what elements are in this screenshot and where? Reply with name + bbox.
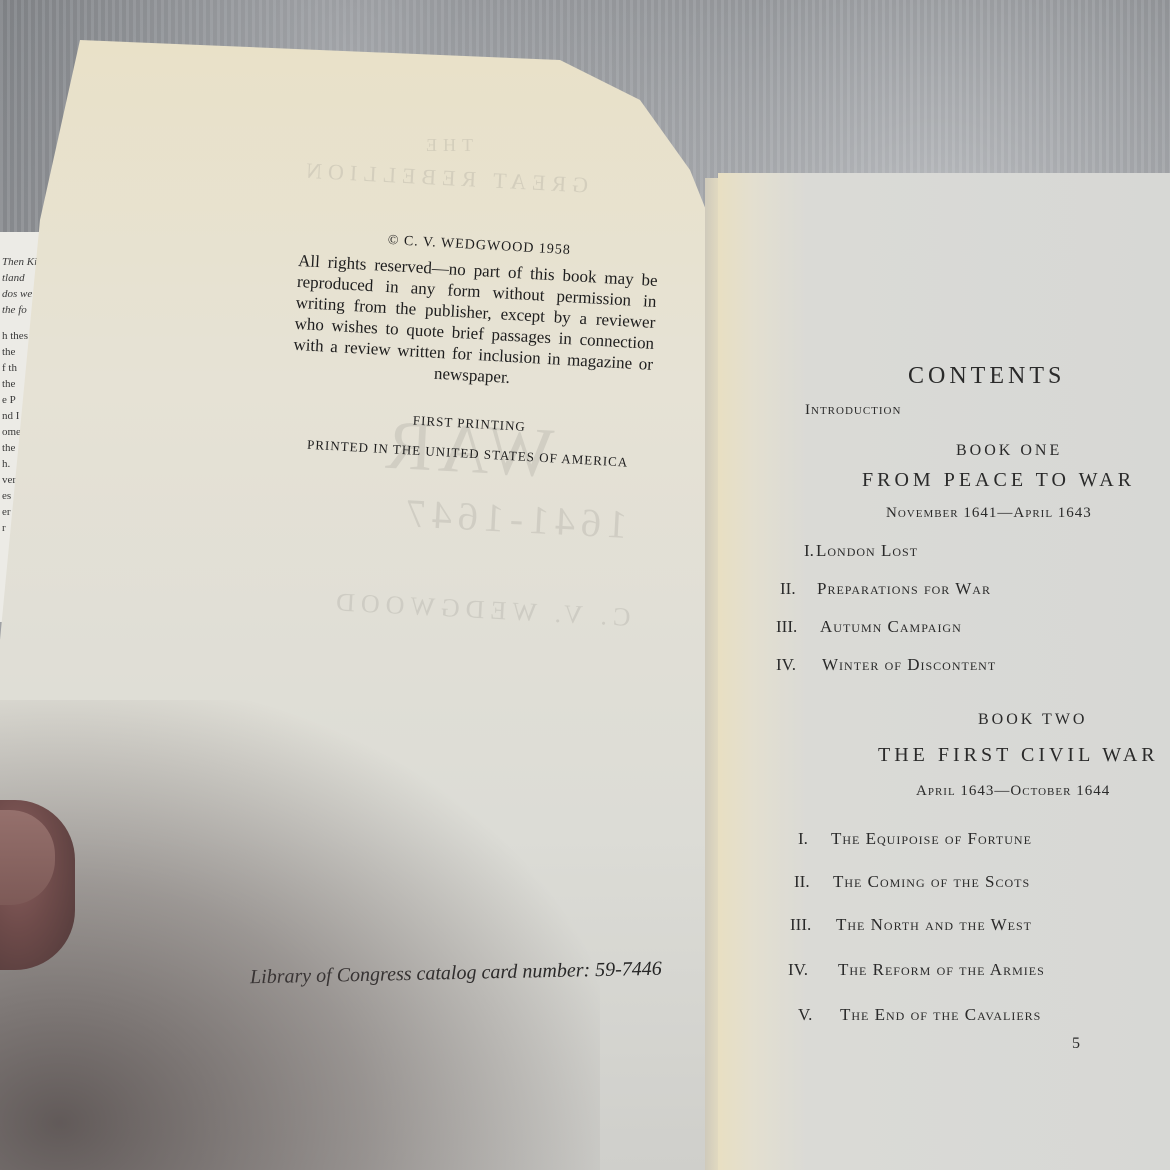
page-number: 5 — [1072, 1035, 1080, 1053]
text-fragment: er — [2, 506, 11, 518]
contents-list: CONTENTS Introduction BOOK ONE FROM PEAC… — [718, 173, 1170, 1170]
chapter-number: III. — [790, 915, 811, 935]
chapter-entry[interactable]: Autumn Campaign — [820, 617, 962, 637]
text-fragment: nd I — [2, 410, 19, 422]
text-fragment: ome — [2, 426, 21, 438]
book-two-dates: April 1643—October 1644 — [916, 783, 1110, 800]
book-two-title: THE FIRST CIVIL WAR — [878, 744, 1159, 767]
chapter-number: V. — [798, 1005, 812, 1025]
text-fragment: r — [2, 522, 6, 534]
text-fragment: h thes — [2, 330, 28, 342]
copyright-block: © C. V. WEDGWOOD 1958 All rights reserve… — [287, 228, 659, 472]
chapter-number: II. — [794, 872, 810, 892]
chapter-number: I. — [798, 829, 808, 849]
chapter-entry[interactable]: The End of the Cavaliers — [840, 1005, 1041, 1025]
book-two-label: BOOK TWO — [978, 711, 1087, 729]
text-fragment: h. — [2, 458, 10, 470]
book-one-title: FROM PEACE TO WAR — [862, 469, 1135, 492]
chapter-number: IV. — [788, 960, 808, 980]
contents-title: CONTENTS — [908, 363, 1065, 390]
text-fragment: ver — [2, 474, 16, 486]
text-fragment: e P — [2, 394, 16, 406]
text-fragment: the — [2, 378, 15, 390]
chapter-number: III. — [776, 617, 797, 637]
text-fragment: the fo — [2, 304, 27, 316]
chapter-entry[interactable]: London Lost — [816, 541, 918, 561]
chapter-entry[interactable]: The North and the West — [836, 915, 1032, 935]
chapter-number: I. — [804, 541, 814, 561]
rights-notice: All rights reserved—no part of this book… — [292, 250, 658, 396]
text-fragment: f th — [2, 362, 17, 374]
text-fragment: dos we — [2, 288, 32, 300]
text-fragment: the — [2, 346, 15, 358]
chapter-entry[interactable]: The Equipoise of Fortune — [831, 829, 1032, 849]
introduction-entry[interactable]: Introduction — [805, 402, 901, 419]
chapter-entry[interactable]: The Reform of the Armies — [838, 960, 1045, 980]
book-one-label: BOOK ONE — [956, 442, 1062, 460]
book-one-dates: November 1641—April 1643 — [886, 505, 1092, 522]
chapter-entry[interactable]: The Coming of the Scots — [833, 872, 1030, 892]
first-printing: FIRST PRINTING — [289, 406, 649, 442]
text-fragment: the — [2, 442, 15, 454]
text-fragment: tland — [2, 272, 25, 284]
text-fragment: Then Ki — [2, 256, 37, 268]
show-through-text: THE — [420, 135, 473, 156]
chapter-entry[interactable]: Preparations for War — [817, 579, 991, 599]
chapter-entry[interactable]: Winter of Discontent — [822, 655, 996, 675]
text-fragment: es — [2, 490, 11, 502]
chapter-number: IV. — [776, 655, 796, 675]
chapter-number: II. — [780, 579, 796, 599]
